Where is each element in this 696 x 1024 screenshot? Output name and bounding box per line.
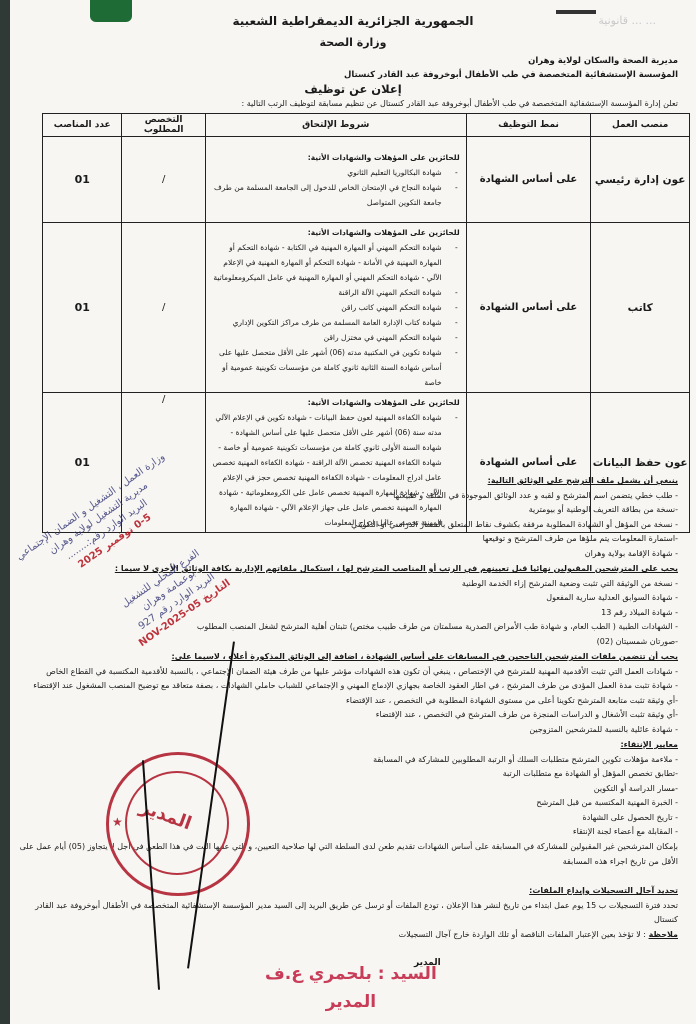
director-label: المدير <box>414 958 441 968</box>
condition-item: شهادة البكالوريا التعليم الثانوي <box>212 165 442 180</box>
successful-document-item: -أي وثيقة تثبت الأشغال و الدراسات المنجز… <box>18 708 678 723</box>
document-item: -نسخة من بطاقة التعريف الوطنية أو بيومتر… <box>218 503 678 518</box>
count-cell: 01 <box>43 223 122 393</box>
post-cell: كاتب <box>591 223 690 393</box>
ministry-heading: وزارة الصحة <box>10 36 696 49</box>
condition-item: شهادة التحكم المهني كاتب راقن <box>212 300 442 315</box>
signature-title: المدير <box>265 988 437 1016</box>
condition-item: شهادة التحكم المهني في مختزل راقن <box>212 330 442 345</box>
specialty-cell: / <box>122 137 205 223</box>
official-round-stamp: ★ المدير <box>106 752 250 896</box>
conditions-lead: للحائزين على المؤهلات والشهادات الأتية: <box>212 395 460 410</box>
condition-item: شهادة تكوين في المكتبية مدته (06) أشهر ع… <box>212 345 442 390</box>
count-cell: 01 <box>43 137 122 223</box>
criteria-item: - تاريخ الحصول على الشهادة <box>238 811 678 826</box>
deadlines-section: تحديد آجال التسجيلات وإيداع الملفات: تحد… <box>13 884 678 942</box>
document-item: -استمارة المعلومات يتم ملؤها من طرف المت… <box>218 532 678 547</box>
note-line: ملاحظة : لا تؤخذ بعين الإعتبار الملفات ا… <box>13 928 678 943</box>
institution-line: المؤسسة الإستشفائية المتخصصة في طب الأطف… <box>344 70 678 80</box>
successful-document-item: - شهادات العمل التي تثبت الأقدمية المهني… <box>18 665 678 680</box>
republic-heading: الجمهورية الجزائرية الديمقراطية الشعبية <box>10 14 696 28</box>
header-count: عدد المناصب <box>43 114 122 137</box>
scan-left-edge <box>0 0 10 1024</box>
condition-item: شهادة النجاح في الإمتحان الخاص للدخول إل… <box>212 180 442 210</box>
document-item: - شهادة الإقامة بولاية وهران <box>218 547 678 562</box>
documents-title: ينبغي أن يشمل ملف الترشح على الوثائق الت… <box>218 474 678 489</box>
documents-section: ينبغي أن يشمل ملف الترشح على الوثائق الت… <box>218 474 678 561</box>
document-item: - طلب خطي يتضمن اسم المترشح و لقبه و عدد… <box>218 489 678 504</box>
note-text: لا تؤخذ بعين الإعتبار الملفات الناقصة أو… <box>399 930 641 939</box>
condition-item: شهادة كتاب الإدارة العامة المسلمة من طرف… <box>212 315 442 330</box>
criteria-title: معايير الإنتقاء: <box>238 738 678 753</box>
document-page: ... ... قانونية الجمهورية الجزائرية الدي… <box>10 0 696 1024</box>
table-header-row: منصب العمل نمط التوظيف شروط الإلتحاق الت… <box>43 114 690 137</box>
successful-document-item: -أي وثيقة تثبت متابعة المترشح تكوينا أعل… <box>18 694 678 709</box>
conditions-cell: للحائزين على المؤهلات والشهادات الأتية: … <box>205 137 466 223</box>
criteria-item: - الخبرة المهنية المكتسبة من قبل المترشح <box>238 796 678 811</box>
conditions-cell: للحائزين على المؤهلات والشهادات الأتية: … <box>205 223 466 393</box>
star-icon: ★ <box>112 815 123 829</box>
criteria-item: -تطابق تخصص المؤهل أو الشهادة مع متطلبات… <box>238 767 678 782</box>
criteria-item: - ملاءمة مؤهلات تكوين المترشح متطلبات ال… <box>238 753 678 768</box>
header-mode: نمط التوظيف <box>466 114 591 137</box>
criteria-item: - المقابلة مع أعضاء لجنة الإنتقاء <box>238 825 678 840</box>
conditions-lead: للحائزين على المؤهلات والشهادات الأتية: <box>212 150 460 165</box>
signature-stamp: السيد : بلحمري ع.ف المدير <box>265 960 437 1016</box>
header-post: منصب العمل <box>591 114 690 137</box>
deadlines-text: تحدد فترة التسجيلات ب 15 يوم عمل ابتداء … <box>13 899 678 928</box>
intro-text: تعلن إدارة المؤسسة الإستشفائية المتخصصة … <box>241 99 678 108</box>
post-cell: عون إدارة رئيسي <box>591 137 690 223</box>
successful-document-item: - شهادة تثبت مدة العمل المؤدى من طرف الم… <box>18 679 678 694</box>
header-conditions: شروط الإلتحاق <box>205 114 466 137</box>
signature-name: السيد : بلحمري ع.ف <box>265 960 437 988</box>
successful-document-item: - شهادة عائلية بالنسبة للمترشحين المتزوج… <box>18 723 678 738</box>
deadlines-title: تحديد آجال التسجيلات وإيداع الملفات: <box>13 884 678 899</box>
criteria-item: -مسار الدراسة أو التكوين <box>238 782 678 797</box>
conditions-lead: للحائزين على المؤهلات والشهادات الأتية: <box>212 225 460 240</box>
criteria-section: معايير الإنتقاء: - ملاءمة مؤهلات تكوين ا… <box>238 738 678 840</box>
mode-cell: على أساس الشهادة <box>466 137 591 223</box>
condition-item: شهادة التحكم المهني الآلة الراقنة <box>212 285 442 300</box>
table-row: كاتب على أساس الشهادة للحائزين على المؤه… <box>43 223 690 393</box>
page-title: إعلان عن توظيف <box>10 82 696 96</box>
note-label: ملاحظة <box>649 930 678 939</box>
condition-item: شهادة التحكم المهني أو المهارة المهنية ف… <box>212 240 442 285</box>
directorate-line: مديرية الصحة والسكان لولاية وهران <box>528 56 678 66</box>
header-specialty: التخصص المطلوب <box>122 114 205 137</box>
document-item: - نسخة من المؤهل أو الشهادة المطلوبة مرف… <box>218 518 678 533</box>
specialty-cell: / <box>122 223 205 393</box>
mode-cell: على أساس الشهادة <box>466 223 591 393</box>
table-row: عون إدارة رئيسي على أساس الشهادة للحائزي… <box>43 137 690 223</box>
